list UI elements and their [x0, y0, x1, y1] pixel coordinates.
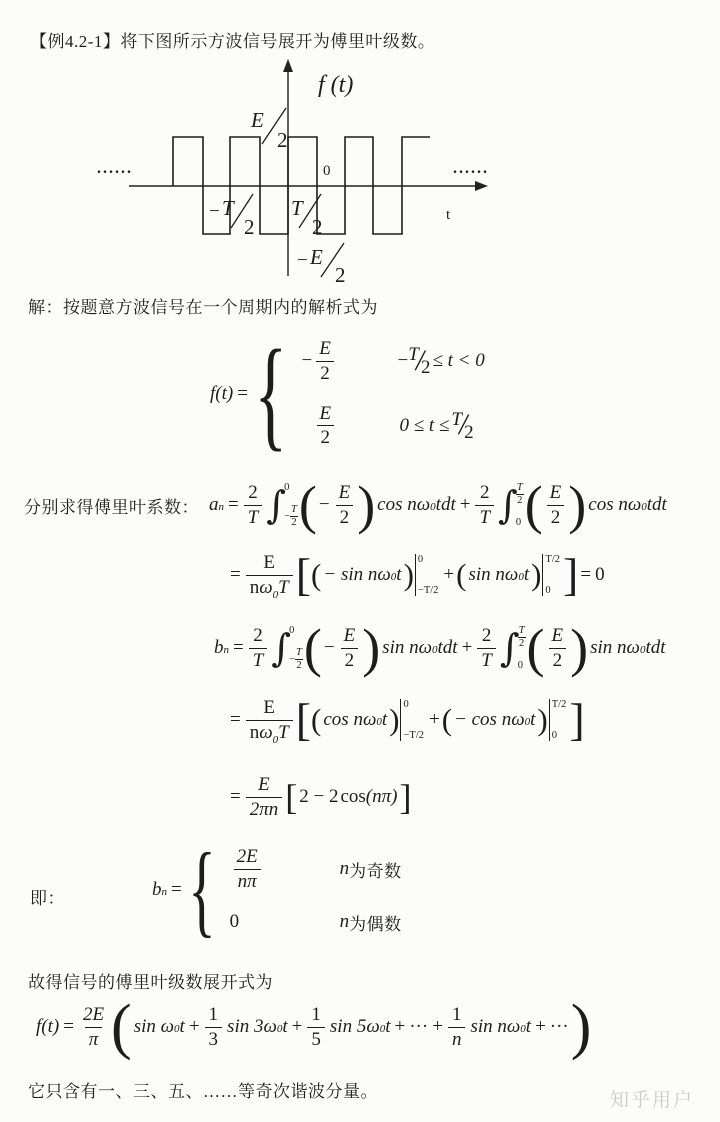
math-token: n: [340, 858, 350, 880]
amp-pos-num: E: [250, 108, 264, 132]
case-value: − E2: [301, 337, 353, 386]
fraction: 2T: [249, 624, 268, 673]
neg-halfT-den: 2: [244, 215, 255, 239]
fraction-numerator: E: [335, 481, 355, 505]
math-token: sin nω: [468, 564, 518, 586]
math-token: 2: [291, 517, 296, 529]
fraction: E nω0T: [246, 551, 293, 600]
equation-bn: bn = 2T ∫ 0 −T2 ( − E2 ) sin nω0tdt + 2T…: [212, 624, 668, 673]
equation-fourier-series: f(t) = 2Eπ ( sin ω0t + 13 sin 3ω0t + 15 …: [34, 1003, 591, 1052]
fraction-numerator: E: [340, 624, 360, 648]
ft-symbol: f(t): [36, 1016, 59, 1038]
fraction: E2πn: [246, 773, 283, 822]
math-token: n: [250, 577, 260, 598]
namely-label: 即：: [30, 884, 65, 909]
plus-sign: +: [292, 1016, 303, 1038]
integral: ∫ 0 −T2: [266, 482, 298, 528]
fraction: 15: [307, 1003, 325, 1052]
case-value: 2Enπ: [230, 845, 282, 894]
upper-limit: 0: [418, 554, 439, 565]
math-token: T: [408, 344, 419, 366]
fraction-numerator: E: [546, 481, 566, 505]
math-token: T: [518, 625, 526, 638]
bn-symbol: bn: [152, 879, 167, 901]
fraction: 2Enπ: [233, 845, 262, 894]
document-page: 【例4.2-1】将下图所示方波信号展开为傅里叶级数。 f (t) E 2 0 −…: [0, 0, 720, 1122]
lower-limit: −T/2: [418, 585, 439, 596]
math-token: 2 − 2: [299, 786, 338, 808]
result-zero: 0: [595, 564, 605, 586]
equals-sign: =: [230, 786, 241, 808]
math-token: sin 5ω: [330, 1016, 380, 1038]
case-condition: 0 ≤ t ≤ T/2: [397, 409, 473, 442]
math-token: t: [524, 564, 529, 586]
case-value: 0: [230, 911, 282, 933]
math-token: 2: [296, 660, 301, 672]
case-odd: 2Enπ n为奇数: [230, 845, 402, 894]
lower-limit: −T2: [284, 504, 298, 528]
case-negative: − E2 − T/2 ≤ t < 0: [301, 337, 486, 386]
fraction-denominator: 2: [336, 505, 354, 530]
plus-sign: +: [462, 637, 473, 659]
slash-fraction: T/2: [451, 409, 473, 442]
coefficients-label: 分别求得傅里叶系数：: [24, 493, 199, 518]
plus-sign: +: [443, 564, 454, 586]
evaluation-limits: 0−T/2: [415, 554, 439, 596]
math-token: T: [278, 577, 289, 598]
plus-sign: +: [429, 709, 440, 731]
evaluation-limits: T/20: [549, 699, 567, 741]
upper-limit: T2: [518, 625, 526, 649]
fraction-denominator: 2πn: [246, 797, 283, 822]
fraction: 2Eπ: [79, 1003, 108, 1052]
square-wave-figure: f (t) E 2 0 − T 2 T 2 − E 2 t ...... ...…: [95, 58, 495, 292]
lower-limit: 0: [516, 517, 524, 528]
math-token: T: [295, 647, 303, 660]
math-token: n: [340, 911, 350, 933]
math-token: t: [530, 709, 535, 731]
equation-bn-evaluated: = E nω0T [ ( cos nω0t ) 0−T/2 + ( − cos …: [228, 696, 585, 745]
fraction: E nω0T: [246, 696, 293, 745]
sin-term: sin nω0t: [468, 564, 529, 586]
condition-text: ≤ t < 0: [432, 350, 484, 372]
fraction: 2T: [244, 481, 263, 530]
sin-term: − sin nω0t: [323, 564, 401, 586]
y-axis-arrow: [283, 59, 293, 72]
plus-sign: +: [395, 1016, 406, 1038]
fraction-denominator: 2: [547, 505, 565, 530]
sin-term: sin ω0t: [134, 1016, 185, 1038]
ft-symbol: f(t): [210, 383, 233, 405]
piecewise-cases: 2Enπ n为奇数 0 n为偶数: [230, 845, 402, 935]
amp-neg-sign: −: [297, 250, 308, 271]
upper-limit: 0: [284, 482, 298, 493]
integral-limits: T2 0: [516, 482, 524, 528]
integral: ∫ T2 0: [498, 482, 524, 528]
math-token: a: [209, 494, 219, 516]
equation-an: 分别求得傅里叶系数： an = 2T ∫ 0 −T2 ( − E2 ) cos …: [24, 481, 669, 530]
math-token: (t): [215, 383, 233, 405]
case-even: 0 n为偶数: [230, 910, 402, 935]
sin-term: sin 3ω0t: [227, 1016, 288, 1038]
math-token: tdt: [645, 637, 665, 659]
lower-limit: 0: [545, 585, 560, 596]
math-token: tdt: [647, 494, 667, 516]
math-token: sin nω: [470, 1016, 520, 1038]
fraction-numerator: 2: [476, 481, 494, 505]
plus-sign: +: [189, 1016, 200, 1038]
math-token: sin nω: [382, 637, 432, 659]
piecewise-cases: − E2 − T/2 ≤ t < 0 E2 0 ≤ t ≤ T/2: [301, 337, 486, 450]
math-token: − cos nω: [454, 709, 525, 731]
sin-term: sin nω0tdt: [590, 637, 665, 659]
math-token: 2: [464, 422, 474, 444]
t-axis-arrow: [475, 181, 488, 191]
cos-term: cos nω0tdt: [588, 494, 667, 516]
math-token: ω: [259, 722, 272, 743]
fraction: E2: [546, 481, 566, 530]
fraction-denominator: 2: [317, 425, 335, 450]
math-token: b: [152, 879, 162, 901]
math-token: sin nω: [590, 637, 640, 659]
math-token: cos nω: [323, 709, 376, 731]
fraction-denominator: π: [85, 1027, 103, 1052]
fraction-denominator: T: [244, 505, 263, 530]
fraction-numerator: E: [548, 624, 568, 648]
cos-argument: (nπ): [366, 786, 398, 808]
equals-sign: =: [233, 637, 244, 659]
sin-term: sin nω0t: [470, 1016, 531, 1038]
solution-intro: 解：按题意方波信号在一个周期内的解析式为: [28, 293, 378, 318]
math-token: ω: [259, 577, 272, 598]
upper-limit: T/2: [545, 554, 560, 565]
fraction-numerator: 2: [249, 624, 267, 648]
evaluation-limits: 0−T/2: [400, 699, 424, 741]
fraction-denominator: 2: [341, 648, 359, 673]
closing-remark: 它只含有一、三、五、……等奇次谐波分量。: [28, 1077, 378, 1102]
fraction-denominator: T: [477, 648, 496, 673]
math-token: n: [250, 722, 260, 743]
ellipsis: ···: [550, 1016, 569, 1038]
integral-limits: 0 −T2: [289, 625, 303, 671]
math-token: t: [180, 1016, 185, 1038]
fraction-denominator: nω0T: [246, 575, 293, 600]
fraction: E2: [315, 337, 335, 386]
halfT-num: T: [291, 196, 304, 220]
math-token: T: [516, 482, 524, 495]
integral-limits: 0 −T2: [284, 482, 298, 528]
fraction-numerator: E: [315, 337, 335, 361]
dots-left: ......: [97, 160, 133, 177]
equals-sign: =: [171, 879, 182, 901]
fraction: 13: [205, 1003, 223, 1052]
math-token: 2: [421, 357, 431, 379]
math-token: b: [214, 637, 224, 659]
math-token: t: [382, 709, 387, 731]
cos-term: − cos nω0t: [454, 709, 535, 731]
fraction-numerator: E: [259, 551, 279, 575]
equation-an-evaluated: = E nω0T [ ( − sin nω0t ) 0−T/2 + ( sin …: [228, 551, 607, 600]
fraction: 2T: [475, 481, 494, 530]
case-condition: n为奇数: [340, 857, 402, 882]
equals-sign: =: [228, 494, 239, 516]
fraction: E2: [340, 624, 360, 673]
case-condition: − T/2 ≤ t < 0: [397, 345, 486, 378]
math-token: t: [526, 1016, 531, 1038]
fraction-denominator: 3: [205, 1027, 223, 1052]
math-token: sin 3ω: [227, 1016, 277, 1038]
fraction: E2: [315, 402, 335, 451]
math-token: t: [282, 1016, 287, 1038]
neg-halfT-num: T: [222, 196, 235, 220]
equals-sign: =: [63, 1016, 74, 1038]
case-positive: E2 0 ≤ t ≤ T/2: [301, 402, 486, 451]
dots-right: ......: [453, 160, 489, 177]
fraction: E2: [335, 481, 355, 530]
cos-term: cos nω0t: [323, 709, 387, 731]
lower-limit: 0: [552, 730, 567, 741]
upper-limit: 0: [403, 699, 424, 710]
integral-limits: T2 0: [518, 625, 526, 671]
slash-fraction: T/2: [408, 345, 430, 378]
fraction-denominator: 2: [549, 648, 567, 673]
fraction-denominator: n: [448, 1027, 466, 1052]
case-condition: n为偶数: [340, 910, 402, 935]
cos-term: cos nω0tdt: [377, 494, 456, 516]
condition-text: 为偶数: [349, 910, 402, 935]
math-token: tdt: [438, 637, 458, 659]
cos-label: cos: [340, 786, 365, 808]
minus-sign: −: [319, 494, 330, 516]
integral: ∫ 0 −T2: [271, 625, 303, 671]
fraction-denominator: T: [475, 505, 494, 530]
square-wave-svg: f (t) E 2 0 − T 2 T 2 − E 2 t ...... ...…: [95, 58, 495, 292]
minus-sign: −: [301, 350, 312, 372]
fraction-numerator: 1: [307, 1003, 325, 1027]
example-title: 【例4.2-1】将下图所示方波信号展开为傅里叶级数。: [30, 27, 435, 52]
fraction-denominator: 5: [307, 1027, 325, 1052]
upper-limit: T2: [516, 482, 524, 506]
math-token: 2: [519, 638, 524, 650]
upper-limit: 0: [289, 625, 303, 636]
fraction-numerator: E: [254, 773, 274, 797]
zhihu-user-watermark: 知乎用户: [610, 1085, 694, 1112]
equals-sign: =: [237, 383, 248, 405]
tiny-fraction: T2: [295, 647, 303, 671]
math-token: cos nω: [588, 494, 641, 516]
fraction-numerator: 2: [478, 624, 496, 648]
sin-term: sin nω0tdt: [382, 637, 457, 659]
bn-symbol: bn: [214, 637, 229, 659]
plus-sign: +: [460, 494, 471, 516]
condition-text: 为奇数: [349, 857, 402, 882]
fraction-numerator: 1: [205, 1003, 223, 1027]
fraction: 2T: [477, 624, 496, 673]
fraction-denominator: nπ: [234, 869, 261, 894]
minus-sign: −: [324, 637, 335, 659]
math-token: 2: [517, 495, 522, 507]
math-token: (t): [41, 1016, 59, 1038]
math-token: 0: [230, 911, 240, 933]
fraction-denominator: 2: [316, 361, 334, 386]
math-token: t: [396, 564, 401, 586]
expansion-intro: 故得信号的傅里叶级数展开式为: [28, 968, 273, 993]
fraction-numerator: E: [315, 402, 335, 426]
math-token: sin ω: [134, 1016, 174, 1038]
math-token: − sin nω: [323, 564, 390, 586]
equals-sign: =: [230, 709, 241, 731]
math-token: T: [278, 722, 289, 743]
condition-text: 0 ≤ t ≤: [399, 415, 449, 437]
math-token: tdt: [436, 494, 456, 516]
amp-pos-den: 2: [277, 128, 288, 152]
fraction-denominator: nω0T: [246, 720, 293, 745]
ellipsis: ···: [409, 1016, 428, 1038]
math-token: cos nω: [377, 494, 430, 516]
figure-xlabel: t: [446, 207, 451, 223]
equals-sign: =: [230, 564, 241, 586]
case-value: E2: [301, 402, 353, 451]
tiny-fraction: T2: [290, 504, 298, 528]
math-token: t: [385, 1016, 390, 1038]
origin-label: 0: [323, 163, 331, 179]
evaluation-limits: T/20: [542, 554, 560, 596]
lower-limit: −T/2: [403, 730, 424, 741]
fraction-numerator: 2: [244, 481, 262, 505]
halfT-den: 2: [312, 215, 323, 239]
equals-sign: =: [580, 564, 591, 586]
fraction-numerator: E: [259, 696, 279, 720]
fraction-numerator: 2E: [79, 1003, 108, 1027]
fraction-numerator: 1: [448, 1003, 466, 1027]
equation-bn-simplified: = E2πn [ 2 − 2 cos (nπ) ]: [228, 773, 411, 822]
fraction-numerator: 2E: [233, 845, 262, 869]
plus-sign: +: [535, 1016, 546, 1038]
equation-bn-cases: bn = { 2Enπ n为奇数 0 n为偶数: [150, 845, 402, 935]
an-symbol: an: [209, 494, 224, 516]
sin-term: sin 5ω0t: [330, 1016, 391, 1038]
equation-piecewise-ft: f(t) = { − E2 − T/2 ≤ t < 0 E2 0: [208, 337, 487, 450]
figure-ylabel: f (t): [318, 72, 353, 98]
plus-sign: +: [432, 1016, 443, 1038]
math-token: T: [451, 409, 462, 431]
integral: ∫ T2 0: [500, 625, 526, 671]
upper-limit: T/2: [552, 699, 567, 710]
fraction: E2: [548, 624, 568, 673]
amp-neg-num: E: [309, 245, 323, 269]
math-token: T: [290, 504, 298, 517]
neg-halfT-sign: −: [209, 201, 220, 222]
amp-neg-den: 2: [335, 263, 346, 287]
lower-limit: −T2: [289, 647, 303, 671]
fraction-denominator: T: [249, 648, 268, 673]
fraction: 1n: [448, 1003, 466, 1052]
minus-sign: −: [397, 350, 408, 372]
lower-limit: 0: [518, 660, 526, 671]
